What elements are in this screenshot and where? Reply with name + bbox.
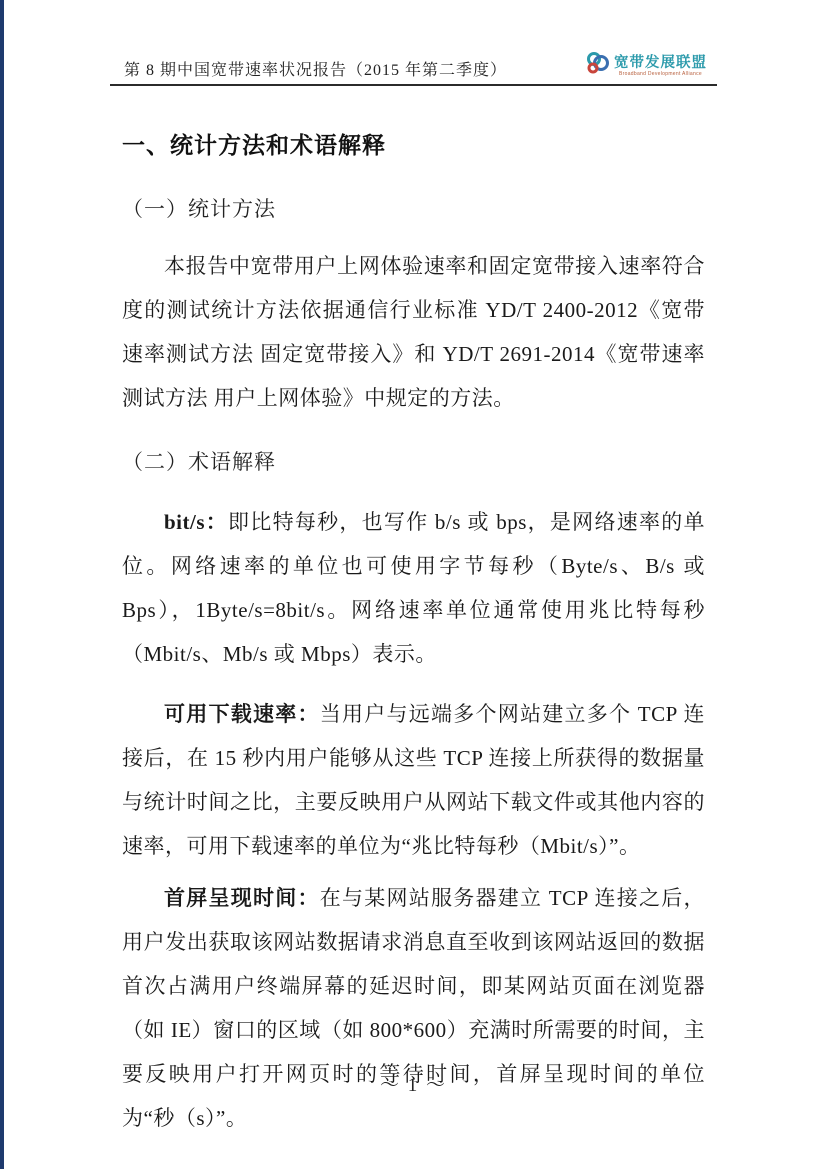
section-title-statistical-method: （一）统计方法	[122, 193, 705, 223]
page-header: 第 8 期中国宽带速率状况报告（2015 年第二季度） 宽带发展联盟 Broad…	[110, 48, 717, 86]
paragraph-bits: bit/s：即比特每秒，也写作 b/s 或 bps，是网络速率的单位。网络速率的…	[122, 500, 705, 676]
bda-logo: 宽带发展联盟 Broadband Development Alliance	[585, 48, 717, 81]
bda-logo-text: 宽带发展联盟 Broadband Development Alliance	[614, 55, 707, 77]
paragraph-method-text: 本报告中宽带用户上网体验速率和固定宽带接入速率符合度的测试统计方法依据通信行业标…	[122, 254, 705, 410]
paragraph-first-screen-time: 首屏呈现时间：在与某网站服务器建立 TCP 连接之后，用户发出获取该网站数据请求…	[122, 876, 705, 1140]
paragraph-download-rate: 可用下载速率：当用户与远端多个网站建立多个 TCP 连接后，在 15 秒内用户能…	[122, 692, 705, 868]
report-header-title: 第 8 期中国宽带速率状况报告（2015 年第二季度）	[110, 48, 507, 80]
paragraph-method: 本报告中宽带用户上网体验速率和固定宽带接入速率符合度的测试统计方法依据通信行业标…	[122, 244, 705, 420]
term-download-rate: 可用下载速率：	[164, 702, 320, 726]
document-page: 第 8 期中国宽带速率状况报告（2015 年第二季度） 宽带发展联盟 Broad…	[0, 0, 827, 1169]
section-title-terminology: （二）术语解释	[122, 446, 705, 476]
bda-logo-name-en: Broadband Development Alliance	[619, 71, 702, 77]
term-first-screen-time: 首屏呈现时间：	[164, 886, 320, 910]
page-number: ～ 1 ～	[122, 1070, 705, 1097]
main-heading: 一、统计方法和术语解释	[122, 127, 705, 160]
bda-logo-icon	[585, 50, 611, 81]
page-left-edge-bar	[0, 0, 4, 1169]
bda-logo-name-cn: 宽带发展联盟	[614, 55, 707, 71]
term-bits: bit/s：	[164, 510, 228, 534]
document-body: 一、统计方法和术语解释 （一）统计方法 本报告中宽带用户上网体验速率和固定宽带接…	[122, 86, 705, 1140]
